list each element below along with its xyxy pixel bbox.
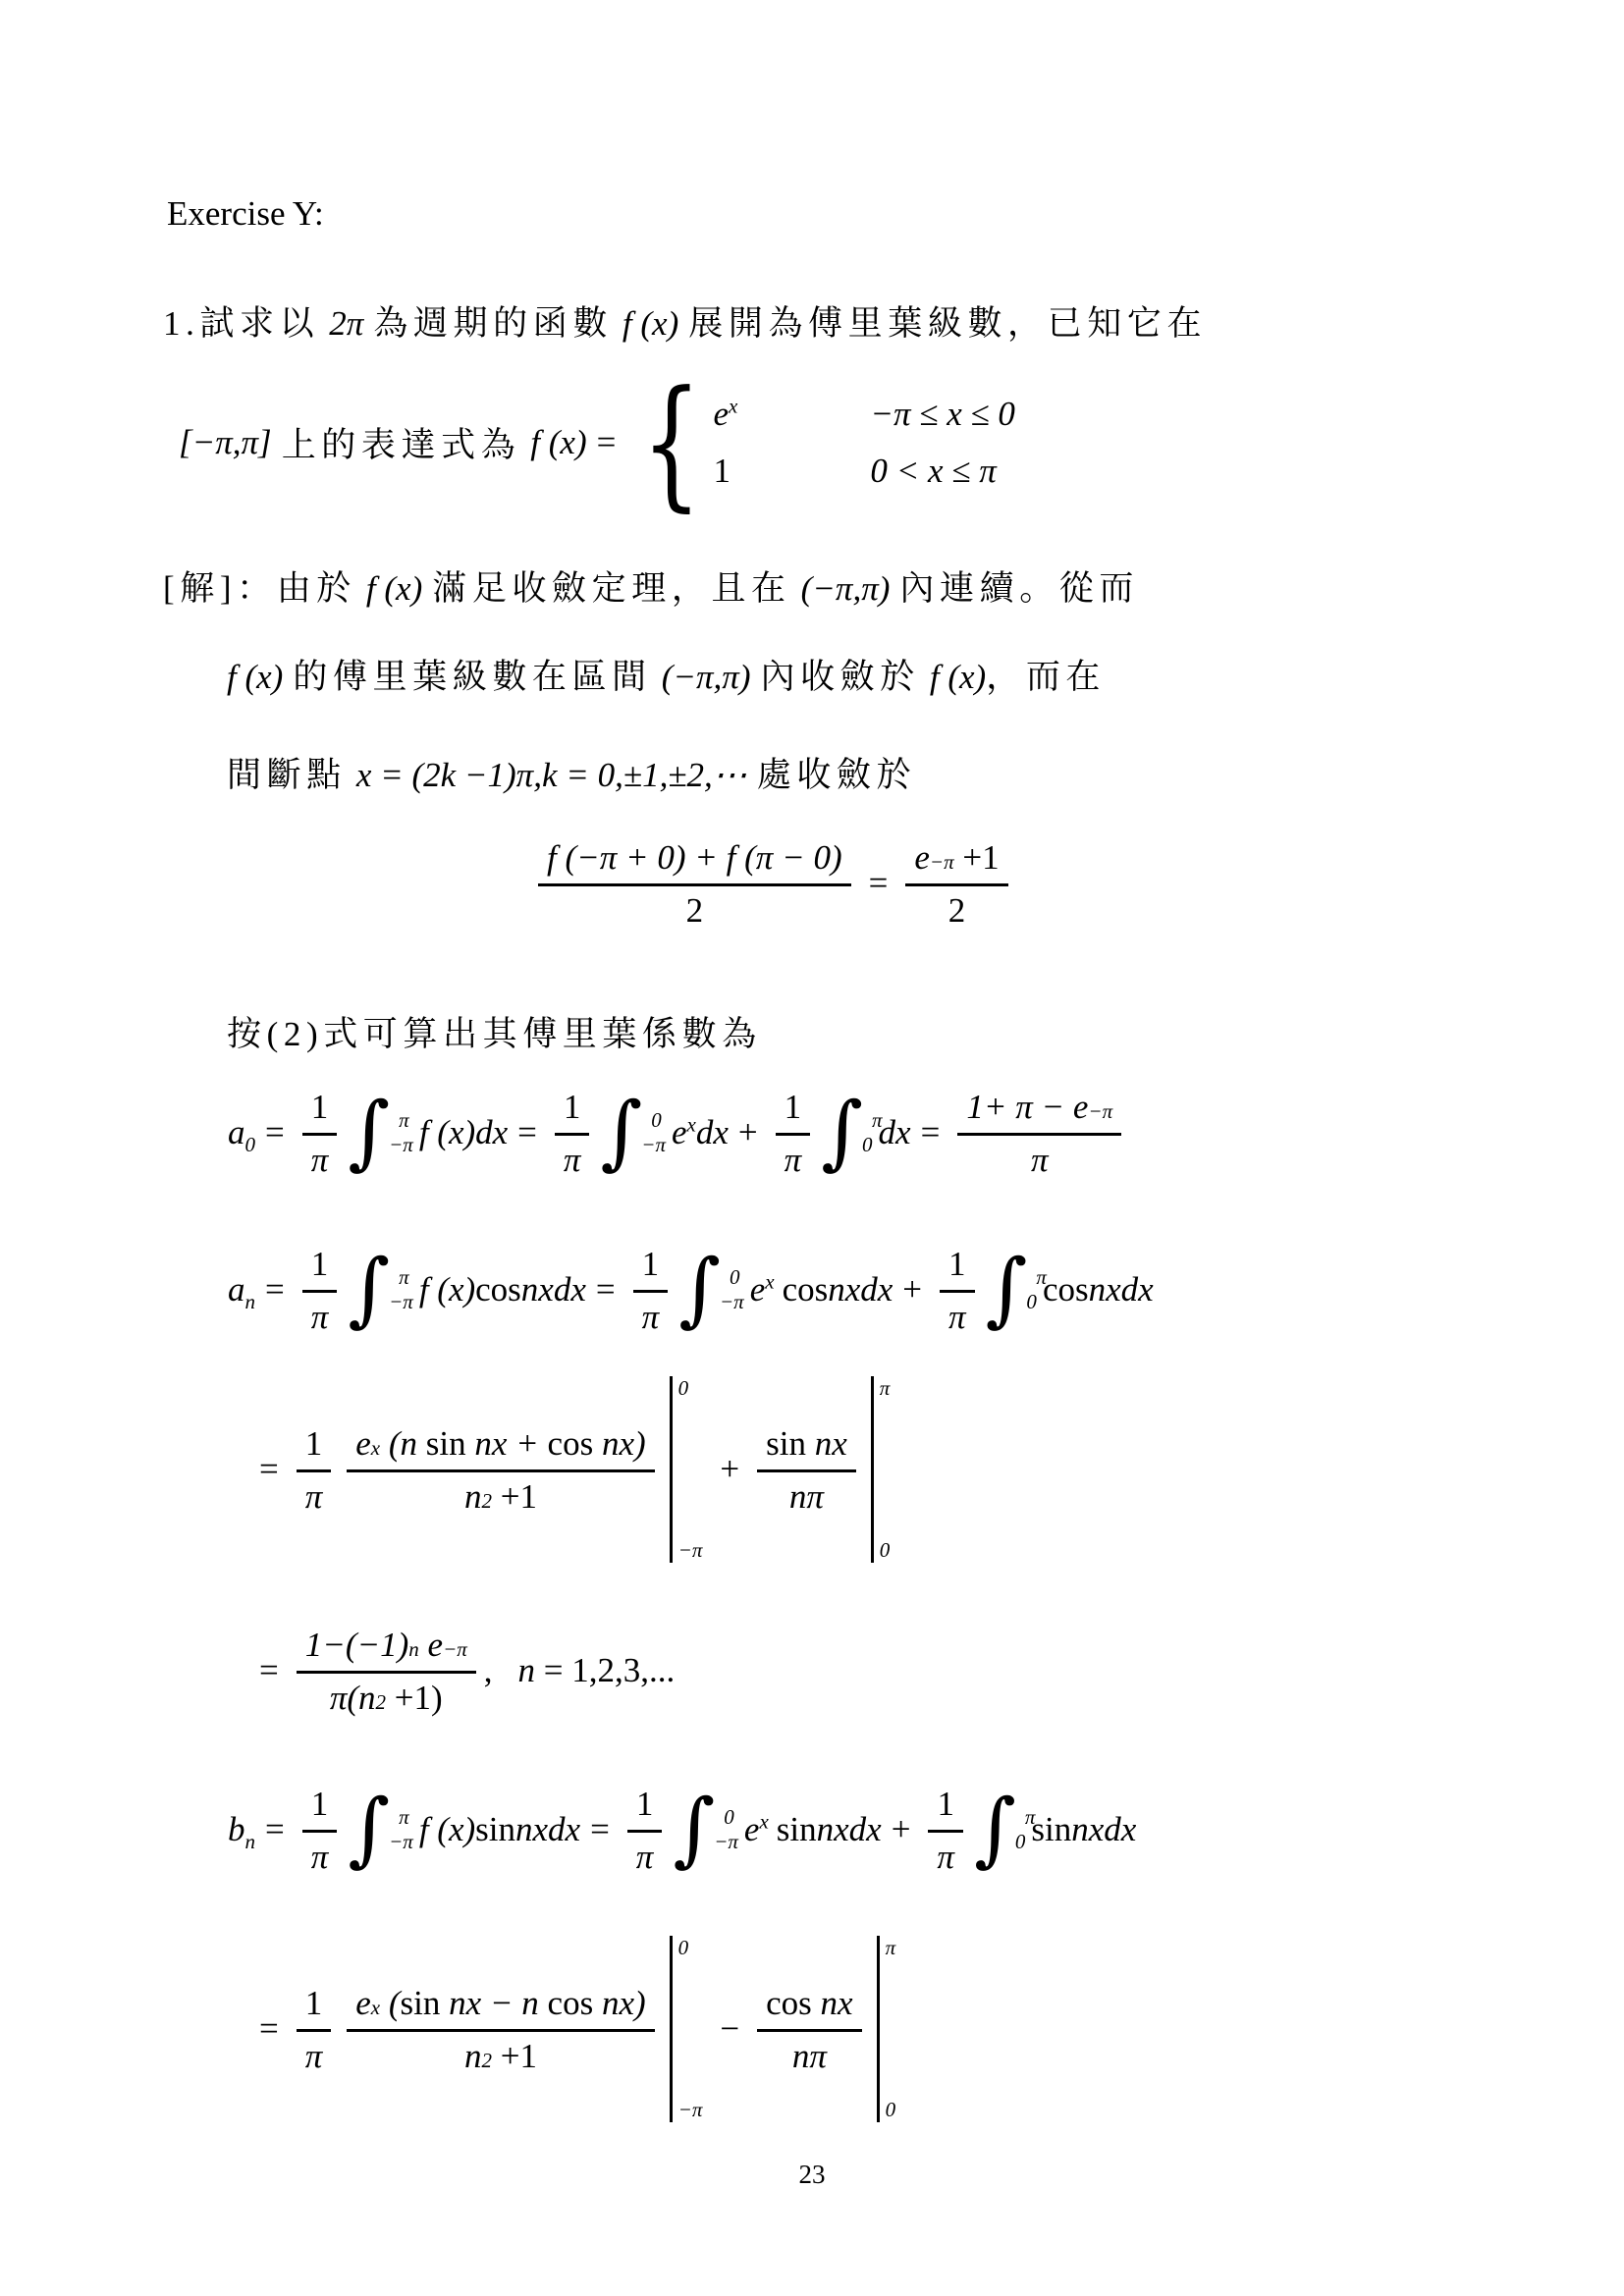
page-number: 23	[0, 2160, 1624, 2190]
equals-sign: =	[265, 1810, 285, 1849]
math-fx: f (x)	[930, 658, 986, 697]
integral-limits: π−π	[392, 1265, 416, 1313]
problem-text: 為週期的函數	[373, 296, 613, 346]
lower-limit: −π	[678, 2098, 703, 2122]
plus-sign: +	[892, 1810, 911, 1849]
solution-line-4: 按(2)式可算出其傅里葉係數為	[227, 1007, 762, 1056]
formula-an-result: = 1−(−1)n e−π π(n2 +1) , n = 1,2,3,...	[249, 1582, 675, 1759]
integrand: exsinnxdx	[744, 1810, 882, 1849]
fraction-one-over-pi: 1 π	[633, 1243, 669, 1337]
integral: ∫ π−π	[348, 1093, 416, 1173]
fraction-denominator: n2 +1	[464, 1472, 537, 1517]
fraction-one-over-pi: 1 π	[302, 1783, 338, 1877]
upper-limit: π	[880, 1376, 891, 1401]
piecewise-definition: [−π,π] 上的表達式為 f (x) = { ex −π ≤ x ≤ 0 1 …	[179, 395, 1015, 491]
equals-sign: =	[259, 1450, 279, 1489]
lower-limit: −π	[389, 1830, 413, 1854]
integral: ∫ 0−π	[600, 1093, 669, 1173]
math-discontinuity-points: x = (2k −1)π,k = 0,±1,±2,⋯	[356, 756, 747, 795]
solution-text: 間斷點	[227, 748, 347, 797]
fraction-one-over-pi: 1 π	[297, 1422, 332, 1517]
fraction-one-over-pi: 1 π	[297, 1982, 332, 2076]
minus-sign: −	[720, 2009, 739, 2049]
integral-limits: π−π	[392, 1108, 416, 1156]
equals-sign: =	[869, 864, 889, 903]
upper-limit: π	[399, 1108, 423, 1133]
integral-limits: π−π	[392, 1805, 416, 1853]
equals-sign: =	[517, 1113, 537, 1152]
fraction-denominator: nπ	[789, 1472, 824, 1517]
fraction-denominator: π(n2 +1)	[330, 1674, 443, 1718]
solution-text: 的傅里葉級數在區間	[293, 650, 651, 699]
exercise-title: Exercise Y:	[167, 194, 324, 234]
upper-limit: 0	[730, 1265, 754, 1290]
formula-a0: a0 = 1 π ∫ π−π f (x)dx = 1 π ∫ 0−π exdx …	[228, 1086, 1129, 1180]
integral-limits: 0−π	[723, 1265, 747, 1313]
formula-an: an = 1 π ∫ π−π f (x)cosnxdx = 1 π ∫ 0−π …	[228, 1243, 1154, 1337]
document-page: Exercise Y: 1.試求以 2π 為週期的函數 f (x) 展開為傅里葉…	[0, 0, 1624, 2296]
formula-bn-evaluated: = 1 π ex (sin nx − n cos nx) n2 +1 0−π −…	[249, 1936, 895, 2122]
fraction-cos-term: cos nx nπ	[757, 1982, 861, 2076]
fraction-result: 1−(−1)n e−π π(n2 +1)	[297, 1624, 476, 1718]
formula-bn: bn = 1 π ∫ π−π f (x)sinnxdx = 1 π ∫ 0−π …	[228, 1783, 1136, 1877]
integral: ∫ π0	[821, 1093, 875, 1173]
math-interval: [−π,π]	[179, 423, 272, 462]
problem-text: 展開為傅里葉級數，已知它在	[688, 296, 1207, 346]
upper-limit: π	[1036, 1265, 1047, 1290]
integrand: dx	[879, 1113, 911, 1152]
solution-line-1: [解]：由於 f (x) 滿足收斂定理，且在 (−π,π) 內連續。從而	[163, 561, 1139, 611]
equals-sign: =	[590, 1810, 610, 1849]
fraction-denominator: π	[1031, 1136, 1049, 1180]
fraction-antiderivative: ex (n sin nx + cos nx) n2 +1	[347, 1422, 654, 1517]
index-range: n = 1,2,3,...	[518, 1651, 676, 1690]
title-text: Exercise Y:	[167, 194, 324, 234]
integral-sign: ∫	[821, 1093, 863, 1173]
equals-sign: =	[259, 1651, 279, 1690]
integral-limits: π0	[1018, 1805, 1029, 1853]
integral: ∫ π−π	[348, 1789, 416, 1870]
fraction: f (−π + 0) + f (π − 0) 2	[538, 836, 851, 931]
fraction-result: 1+ π − e−π π	[957, 1086, 1121, 1180]
fraction-denominator: 2	[948, 886, 966, 931]
formula-convergence-value: f (−π + 0) + f (π − 0) 2 = e−π +1 2	[530, 836, 1016, 931]
math-fx: f (x)	[227, 658, 283, 697]
math-interval-open: (−π,π)	[662, 658, 751, 697]
lower-limit: −π	[720, 1290, 744, 1314]
upper-limit: 0	[678, 1376, 703, 1401]
math-fx: f (x)	[366, 569, 422, 609]
integrand: cosnxdx	[1043, 1270, 1154, 1309]
lower-limit: −π	[389, 1133, 413, 1157]
fraction-numerator: 1−(−1)n e−π	[297, 1624, 476, 1674]
integrand: exdx	[672, 1113, 729, 1152]
fraction-numerator: cos nx	[757, 1982, 861, 2032]
integral-limits: π0	[1029, 1265, 1040, 1313]
lower-limit: 0	[880, 1538, 891, 1563]
equals-sign: =	[921, 1113, 941, 1152]
upper-limit: π	[399, 1805, 423, 1830]
fraction-antiderivative: ex (sin nx − n cos nx) n2 +1	[347, 1982, 654, 2076]
math-fx: f (x)	[530, 423, 586, 462]
equals-sign: =	[596, 1270, 616, 1309]
solution-line-3: 間斷點 x = (2k −1)π,k = 0,±1,±2,⋯ 處收斂於	[227, 748, 916, 797]
upper-limit: π	[872, 1108, 883, 1133]
fraction-denominator: nπ	[792, 2032, 827, 2076]
integral-sign: ∫	[348, 1250, 390, 1330]
lower-limit: −π	[714, 1830, 738, 1854]
integrand: f (x)dx	[419, 1113, 508, 1152]
solution-text: 滿足收斂定理，且在	[432, 561, 790, 611]
integral: ∫ π0	[974, 1789, 1028, 1870]
evaluation-bar: π0	[871, 1376, 891, 1563]
fraction-one-over-pi: 1 π	[627, 1783, 663, 1877]
plus-sign: +	[720, 1450, 739, 1489]
upper-limit: π	[886, 1936, 896, 1960]
coefficient-an: an	[228, 1270, 255, 1309]
piecewise-text: 上的表達式為	[282, 418, 521, 467]
fraction-one-over-pi: 1 π	[940, 1243, 975, 1337]
integrand: excosnxdx	[750, 1270, 893, 1309]
fraction-one-over-pi: 1 π	[776, 1086, 811, 1180]
fraction-numerator: 1+ π − e−π	[957, 1086, 1121, 1136]
case-1-value: ex	[713, 395, 737, 434]
lower-limit: −π	[389, 1290, 413, 1314]
fraction-one-over-pi: 1 π	[302, 1086, 338, 1180]
fraction-denominator: n2 +1	[464, 2032, 537, 2076]
integral-limits: π0	[865, 1108, 876, 1156]
math-fx: f (x)	[623, 304, 678, 344]
upper-limit: 0	[651, 1108, 676, 1133]
solution-text: 按(2)式可算出其傅里葉係數為	[227, 1007, 762, 1056]
coefficient-a0: a0	[228, 1113, 255, 1152]
plus-sign: +	[738, 1113, 758, 1152]
comma: ,	[484, 1651, 493, 1690]
integral: ∫ π0	[986, 1250, 1040, 1330]
plus-sign: +	[902, 1270, 922, 1309]
fraction: e−π +1 2	[905, 836, 1007, 931]
fraction-denominator: 2	[686, 886, 704, 931]
lower-limit: 0	[1026, 1290, 1037, 1314]
formula-an-evaluated: = 1 π ex (n sin nx + cos nx) n2 +1 0−π +…	[249, 1376, 890, 1563]
integral: ∫ π−π	[348, 1250, 416, 1330]
lower-limit: 0	[1015, 1830, 1026, 1854]
evaluation-bar: 0−π	[670, 1376, 703, 1563]
integral-sign: ∫	[678, 1250, 721, 1330]
equals-sign: =	[265, 1270, 285, 1309]
upper-limit: 0	[678, 1936, 703, 1960]
coefficient-bn: bn	[228, 1810, 255, 1849]
math-interval-open: (−π,π)	[801, 569, 891, 609]
integrand: sinnxdx	[1031, 1810, 1136, 1849]
integral-limits: 0−π	[644, 1108, 669, 1156]
case-1-condition: −π ≤ x ≤ 0	[870, 395, 1015, 434]
piecewise-cases: ex −π ≤ x ≤ 0 1 0 < x ≤ π	[713, 395, 1014, 491]
lower-limit: 0	[862, 1133, 873, 1157]
lower-limit: 0	[886, 2098, 896, 2122]
left-brace: {	[641, 372, 701, 513]
solution-text: 內連續。從而	[899, 561, 1139, 611]
math-2pi: 2π	[329, 304, 363, 344]
fraction-numerator: ex (n sin nx + cos nx)	[347, 1422, 654, 1472]
lower-limit: −π	[678, 1538, 703, 1563]
integrand: f (x)cosnxdx	[419, 1270, 586, 1309]
integral: ∫ 0−π	[673, 1789, 741, 1870]
solution-text: [解]：由於	[163, 561, 356, 611]
fraction-numerator: ex (sin nx − n cos nx)	[347, 1982, 654, 2032]
case-2-value: 1	[713, 452, 737, 491]
solution-line-2: f (x) 的傅里葉級數在區間 (−π,π) 內收斂於 f (x) ，而在	[227, 650, 1106, 699]
fraction-numerator: sin nx	[757, 1422, 856, 1472]
integral-limits: 0−π	[717, 1805, 741, 1853]
integral: ∫ 0−π	[678, 1250, 747, 1330]
case-2-condition: 0 < x ≤ π	[870, 452, 1015, 491]
problem-line-1: 1.試求以 2π 為週期的函數 f (x) 展開為傅里葉級數，已知它在	[163, 296, 1207, 346]
integral-sign: ∫	[600, 1093, 642, 1173]
solution-text: 處收斂於	[757, 748, 916, 797]
upper-limit: π	[1025, 1805, 1036, 1830]
equals-sign: =	[259, 2009, 279, 2049]
integral-sign: ∫	[673, 1789, 715, 1870]
integral-sign: ∫	[974, 1789, 1016, 1870]
fraction-numerator: e−π +1	[905, 836, 1007, 886]
fraction-one-over-pi: 1 π	[555, 1086, 590, 1180]
evaluation-bar: 0−π	[670, 1936, 703, 2122]
integral-sign: ∫	[986, 1250, 1028, 1330]
equals-sign: =	[597, 423, 617, 462]
fraction-sin-term: sin nx nπ	[757, 1422, 856, 1517]
solution-text: 內收斂於	[760, 650, 919, 699]
integral-sign: ∫	[348, 1789, 390, 1870]
fraction-one-over-pi: 1 π	[928, 1783, 963, 1877]
fraction-numerator: f (−π + 0) + f (π − 0)	[538, 836, 851, 886]
fraction-one-over-pi: 1 π	[302, 1243, 338, 1337]
equals-sign: =	[265, 1113, 285, 1152]
evaluation-bar: π0	[877, 1936, 896, 2122]
lower-limit: −π	[641, 1133, 666, 1157]
solution-text: ，而在	[986, 650, 1106, 699]
upper-limit: 0	[724, 1805, 748, 1830]
integral-sign: ∫	[348, 1093, 390, 1173]
integrand: f (x)sinnxdx	[419, 1810, 580, 1849]
upper-limit: π	[399, 1265, 423, 1290]
problem-text: 1.試求以	[163, 296, 319, 346]
